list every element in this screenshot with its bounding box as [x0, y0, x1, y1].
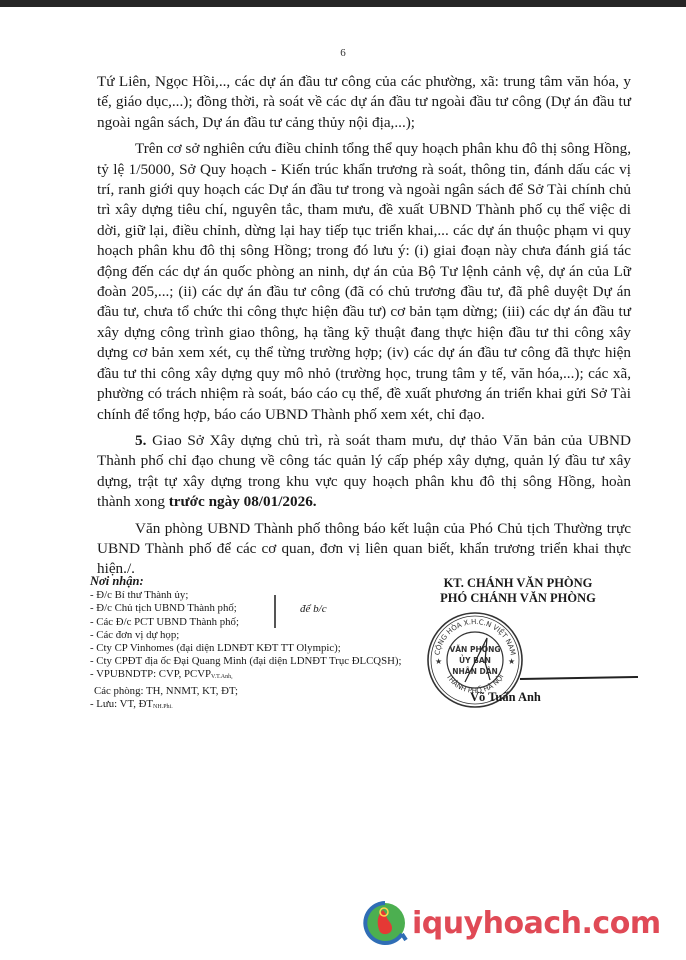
bracket-note: để b/c — [300, 603, 327, 615]
signature-stroke — [520, 676, 638, 680]
watermark: iquyhoach.com — [362, 898, 661, 948]
document-body: Tứ Liên, Ngọc Hồi,.., các dự án đầu tư c… — [97, 72, 631, 580]
recipient-item: - Đ/c Chủ tịch UBND Thành phố; — [90, 602, 390, 615]
recipient-departments: Các phòng: TH, NNMT, KT, ĐT; — [90, 685, 390, 698]
signature-title-2: PHÓ CHÁNH VĂN PHÒNG — [400, 591, 636, 606]
item-5-number: 5. — [135, 432, 146, 449]
item-5-deadline: trước ngày 08/01/2026. — [169, 493, 317, 510]
seal-center-line: NHÂN DÂN — [452, 667, 498, 676]
recipient-item: - Các đơn vị dự họp; — [90, 629, 390, 642]
recipient-item: - Cty CPĐT địa ốc Đại Quang Minh (đại di… — [90, 655, 390, 668]
recipient-vpubnd-sub: V.T.Anh, — [211, 674, 233, 680]
svg-text:★: ★ — [508, 657, 515, 666]
paragraph-continuation: Tứ Liên, Ngọc Hồi,.., các dự án đầu tư c… — [97, 72, 631, 133]
recipient-vpubnd: - VPUBNDTP: CVP, PCVPV.T.Anh, — [90, 668, 390, 684]
top-bar — [0, 0, 686, 7]
recipient-archive: - Lưu: VT, ĐTNH.Phi. — [90, 698, 390, 714]
signature-block: KT. CHÁNH VĂN PHÒNG PHÓ CHÁNH VĂN PHÒNG — [400, 576, 636, 606]
paragraph-closing: Văn phòng UBND Thành phố thông báo kết l… — [97, 519, 631, 580]
recipients-heading: Nơi nhận: — [90, 575, 390, 588]
recipient-archive-sub: NH.Phi. — [153, 704, 173, 710]
recipient-item: - Cty CP Vinhomes (đại diện LDNĐT KĐT TT… — [90, 642, 390, 655]
recipient-vpubnd-text: - VPUBNDTP: CVP, PCVP — [90, 668, 211, 680]
paragraph-item-5: 5. Giao Sở Xây dựng chủ trì, rà soát tha… — [97, 431, 631, 513]
signer-name: Võ Tuấn Anh — [470, 690, 541, 705]
signature-title-1: KT. CHÁNH VĂN PHÒNG — [400, 576, 636, 591]
recipient-archive-text: - Lưu: VT, ĐT — [90, 698, 153, 710]
watermark-text: iquyhoach.com — [412, 906, 661, 941]
recipient-item: - Các Đ/c PCT UBND Thành phố; — [90, 616, 390, 629]
seal-center-line: VĂN PHÒNG — [449, 645, 500, 654]
bracket-line — [274, 595, 276, 628]
svg-text:★: ★ — [435, 657, 442, 666]
recipients-list: Nơi nhận: - Đ/c Bí thư Thành ủy; - Đ/c C… — [90, 575, 390, 714]
paragraph-research: Trên cơ sở nghiên cứu điều chỉnh tổng th… — [97, 139, 631, 425]
recipient-item: - Đ/c Bí thư Thành ủy; — [90, 589, 390, 602]
map-pin-logo-icon — [362, 900, 408, 946]
page-number: 6 — [0, 47, 686, 59]
seal-center-line: ỦY BAN — [459, 655, 491, 665]
